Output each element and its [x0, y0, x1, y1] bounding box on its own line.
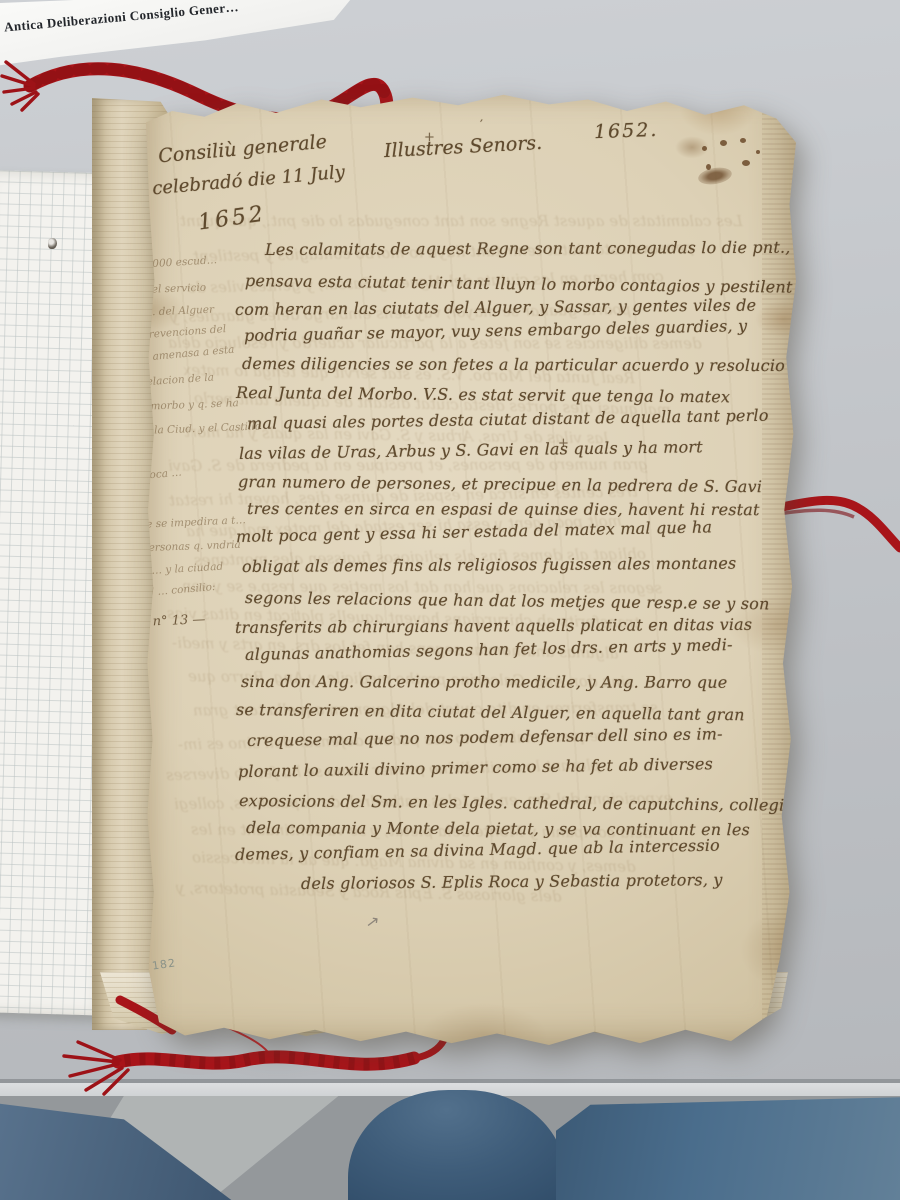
- manuscript-text-line: sina don Ang. Galcerino protho medicile,…: [241, 672, 727, 692]
- manuscript-text-line: dels gloriosos S. Eplis Roca y Sebastia …: [301, 870, 723, 893]
- tick-mark: ′: [480, 118, 483, 133]
- ink-dot: [706, 164, 711, 170]
- manuscript-text-line: segons les relacions que han dat los met…: [245, 588, 770, 613]
- photo-scene: Antica Deliberazioni Consiglio Gener…: [0, 0, 900, 1200]
- manuscript-text-line: algunas anathomias segons han fet los dr…: [245, 635, 733, 664]
- pencil-arrow-mark: ↗: [365, 911, 381, 932]
- ink-dot: [702, 146, 707, 151]
- manuscript-text-line: pensava esta ciutat tenir tant lluyn lo …: [245, 271, 793, 297]
- ink-dot: [720, 140, 727, 146]
- manuscript-body: Les calamitats de aquest Regne son tant …: [241, 240, 781, 940]
- manuscript-text-line: molt poca gent y essa hi ser estada del …: [236, 517, 712, 546]
- manuscript-text-line: tres centes en sirca en espasi de quinse…: [247, 499, 760, 519]
- marginalia-number: n° 13 —: [152, 612, 205, 629]
- header-salutation: Illustres Senors.: [384, 132, 543, 162]
- manuscript-text-line: exposicions del Sm. en les Igles. cathed…: [239, 791, 784, 815]
- manuscript-text-line: gran numero de persones, et precipue en …: [238, 472, 762, 496]
- ink-dot: [742, 160, 750, 166]
- manuscript-text-line: podria guañar se mayor, vuy sens embargo…: [244, 316, 748, 345]
- jeans-right-knee: [556, 1094, 900, 1200]
- year-annotation: 1652.: [594, 119, 659, 143]
- manuscript-text-line: Real Junta del Morbo. V.S. es stat servi…: [236, 383, 730, 406]
- manuscript-text-line: demes, y confiam en sa divina Magd. que …: [235, 835, 720, 863]
- manuscript-text-line: obligat als demes fins als religiosos fu…: [242, 554, 737, 576]
- manuscript-text-line: las vilas de Uras, Arbus y S. Gavi en la…: [239, 438, 703, 464]
- header-council-title: Consiliù generale: [157, 131, 327, 168]
- ink-dot: [756, 150, 760, 154]
- right-cord: [778, 500, 900, 548]
- manuscript-page-wrap: Les calamitats de aquest Regne son tant …: [146, 90, 796, 1045]
- manuscript-text-line: com heran en las ciutats del Alguer, y S…: [235, 295, 756, 318]
- manuscript-text-line: demes diligencies se son fetes a la part…: [242, 354, 826, 375]
- manuscript-page: Les calamitats de aquest Regne son tant …: [146, 90, 796, 1045]
- archive-label-slip: Antica Deliberazioni Consiglio Gener…: [0, 0, 373, 70]
- manuscript-text-line: plorant lo auxili divino primer como se …: [238, 754, 713, 781]
- header-session-date: celebradó die 11 July: [151, 162, 345, 200]
- manuscript-text-line: crequese mal que no nos podem defensar d…: [247, 724, 723, 750]
- manuscript-text-line: transferits ab chirurgians havent aquell…: [235, 615, 752, 637]
- folio-number-pencil: 182: [151, 956, 177, 972]
- manuscript-text-line: se transferiren en dita ciutat del Algue…: [236, 700, 745, 724]
- cross-mark: +: [424, 130, 435, 145]
- deckle-edge-shading: [762, 90, 796, 1045]
- ink-smudge: [697, 165, 733, 187]
- archive-label-text: Antica Deliberazioni Consiglio Gener…: [3, 0, 239, 35]
- ink-dot: [740, 138, 746, 143]
- manuscript-text-line: mal quasi ales portes desta ciutat dista…: [247, 406, 769, 433]
